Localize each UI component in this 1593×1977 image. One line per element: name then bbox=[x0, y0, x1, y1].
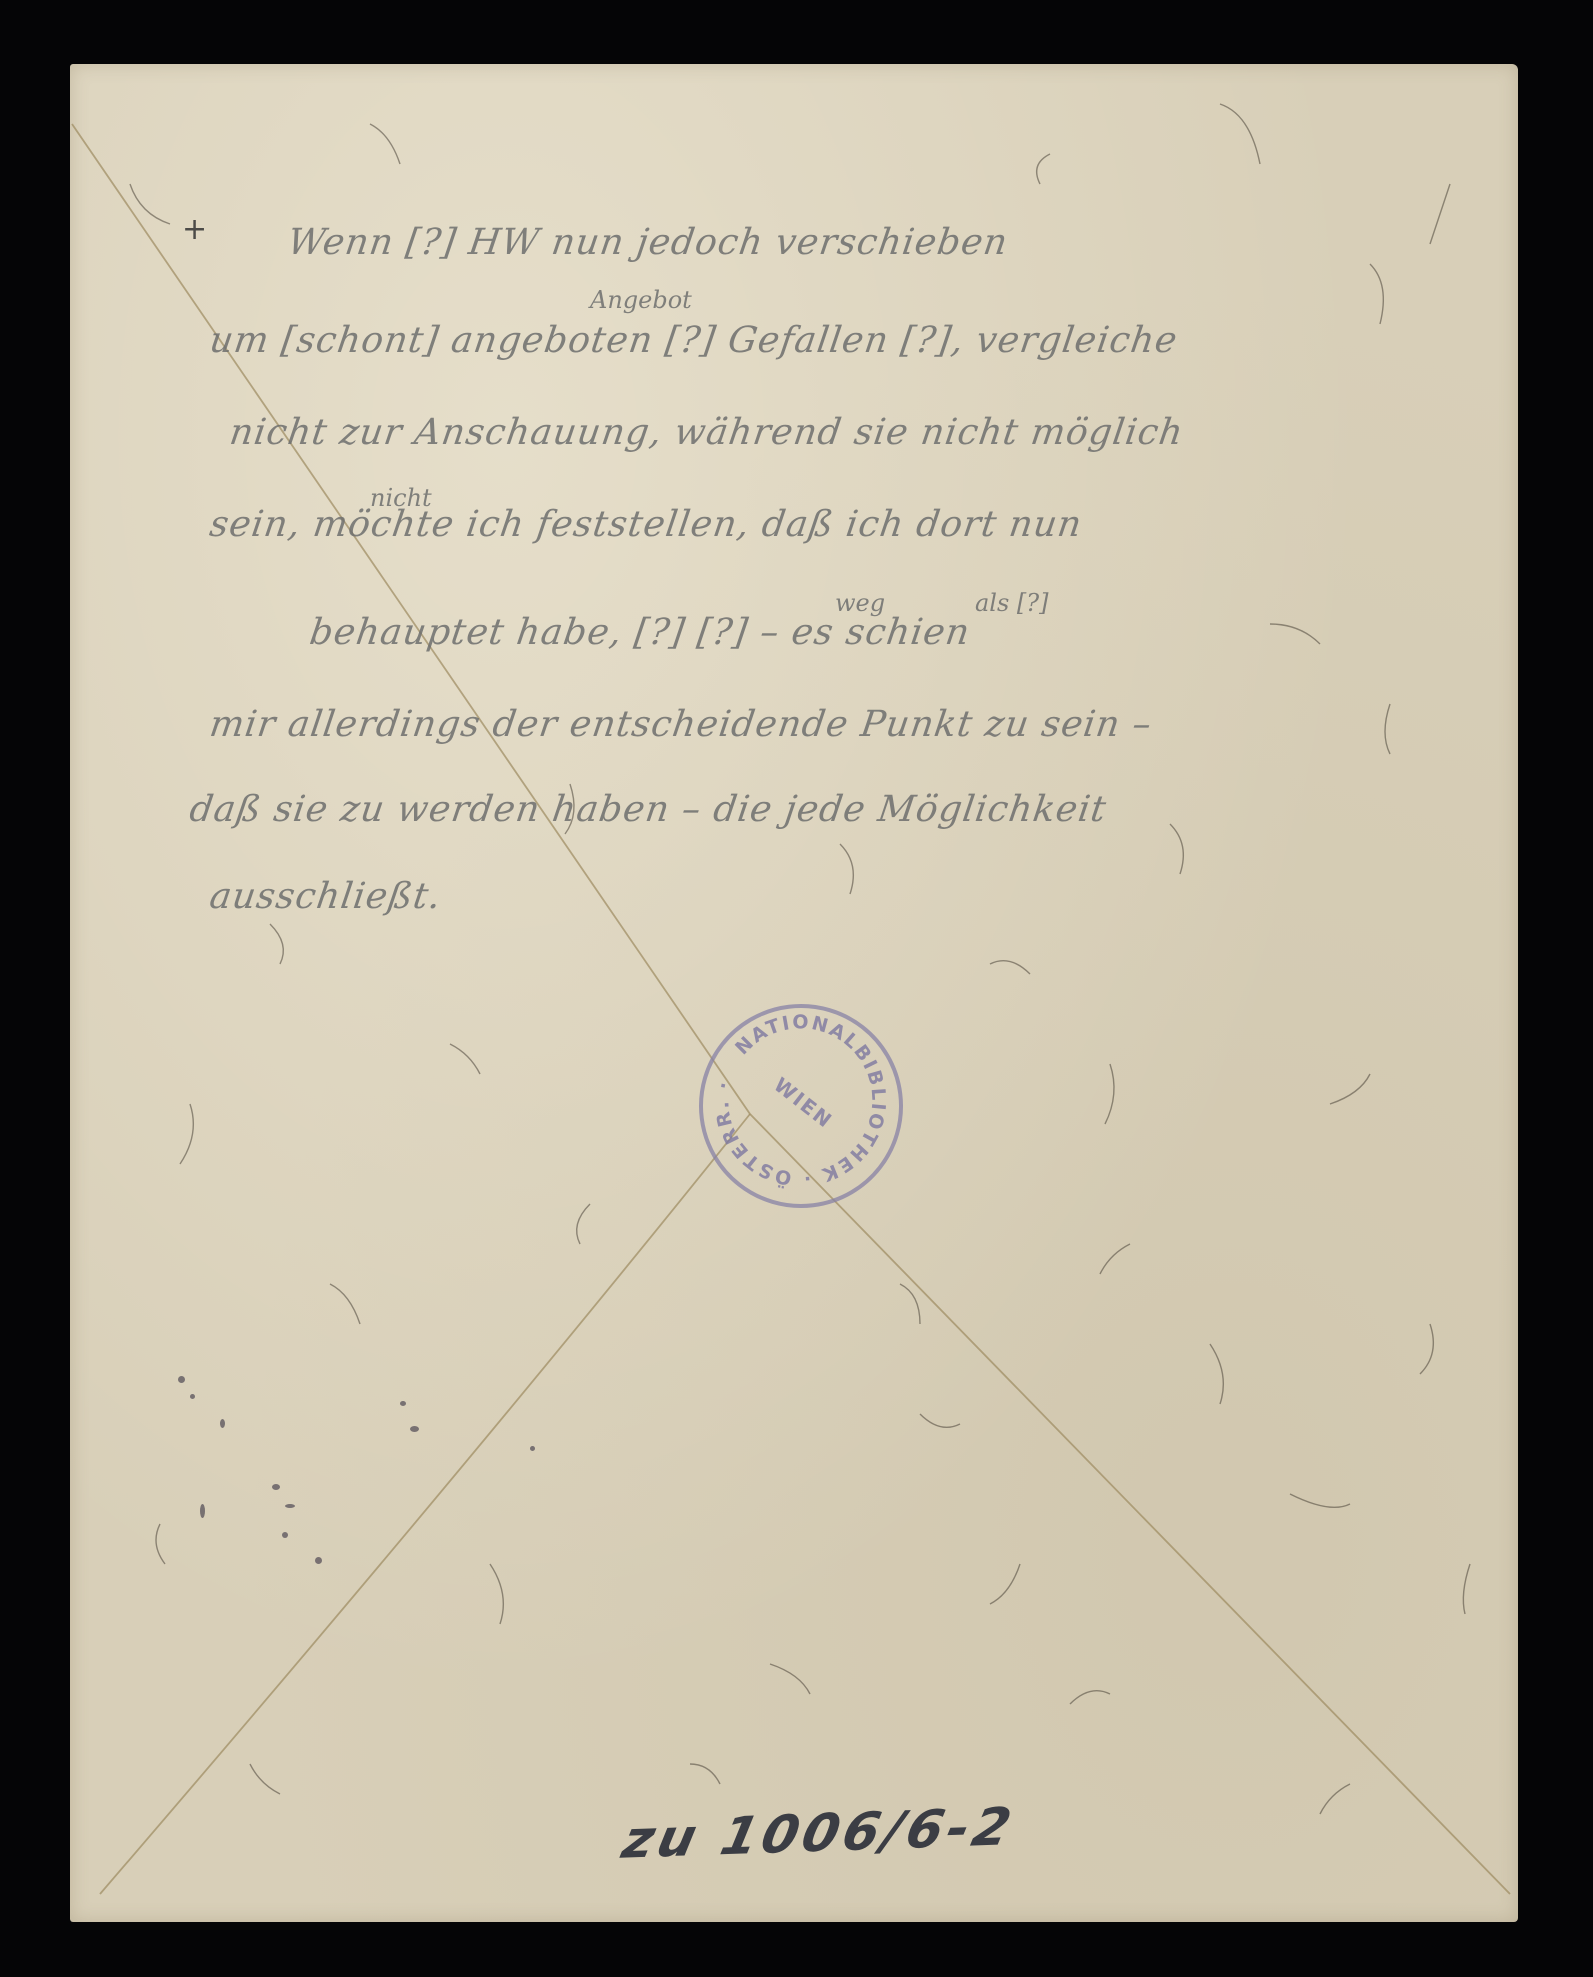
document-page: + Wenn [?] HW nun jedoch verschieben Ang… bbox=[70, 64, 1518, 1922]
handwriting-line-7: daß sie zu werden haben – die jede Mögli… bbox=[187, 789, 1109, 830]
handwriting-line-8: ausschließt. bbox=[207, 876, 444, 917]
handwriting-line-3: nicht zur Anschauung, während sie nicht … bbox=[227, 412, 1186, 453]
handwriting-line-2: um [schont] angeboten [?] Gefallen [?], … bbox=[207, 320, 1180, 361]
handwriting-insertion: als [?] bbox=[975, 589, 1049, 617]
handwriting-line-6: mir allerdings der entscheidende Punkt z… bbox=[207, 704, 1155, 745]
handwriting-line-1: Wenn [?] HW nun jedoch verschieben bbox=[285, 222, 1011, 263]
handwriting-line-5: behauptet habe, [?] [?] – es schien bbox=[307, 612, 973, 653]
handwriting-insertion: Angebot bbox=[590, 286, 692, 314]
handwriting-line-4: sein, möchte ich feststellen, daß ich do… bbox=[207, 504, 1085, 545]
